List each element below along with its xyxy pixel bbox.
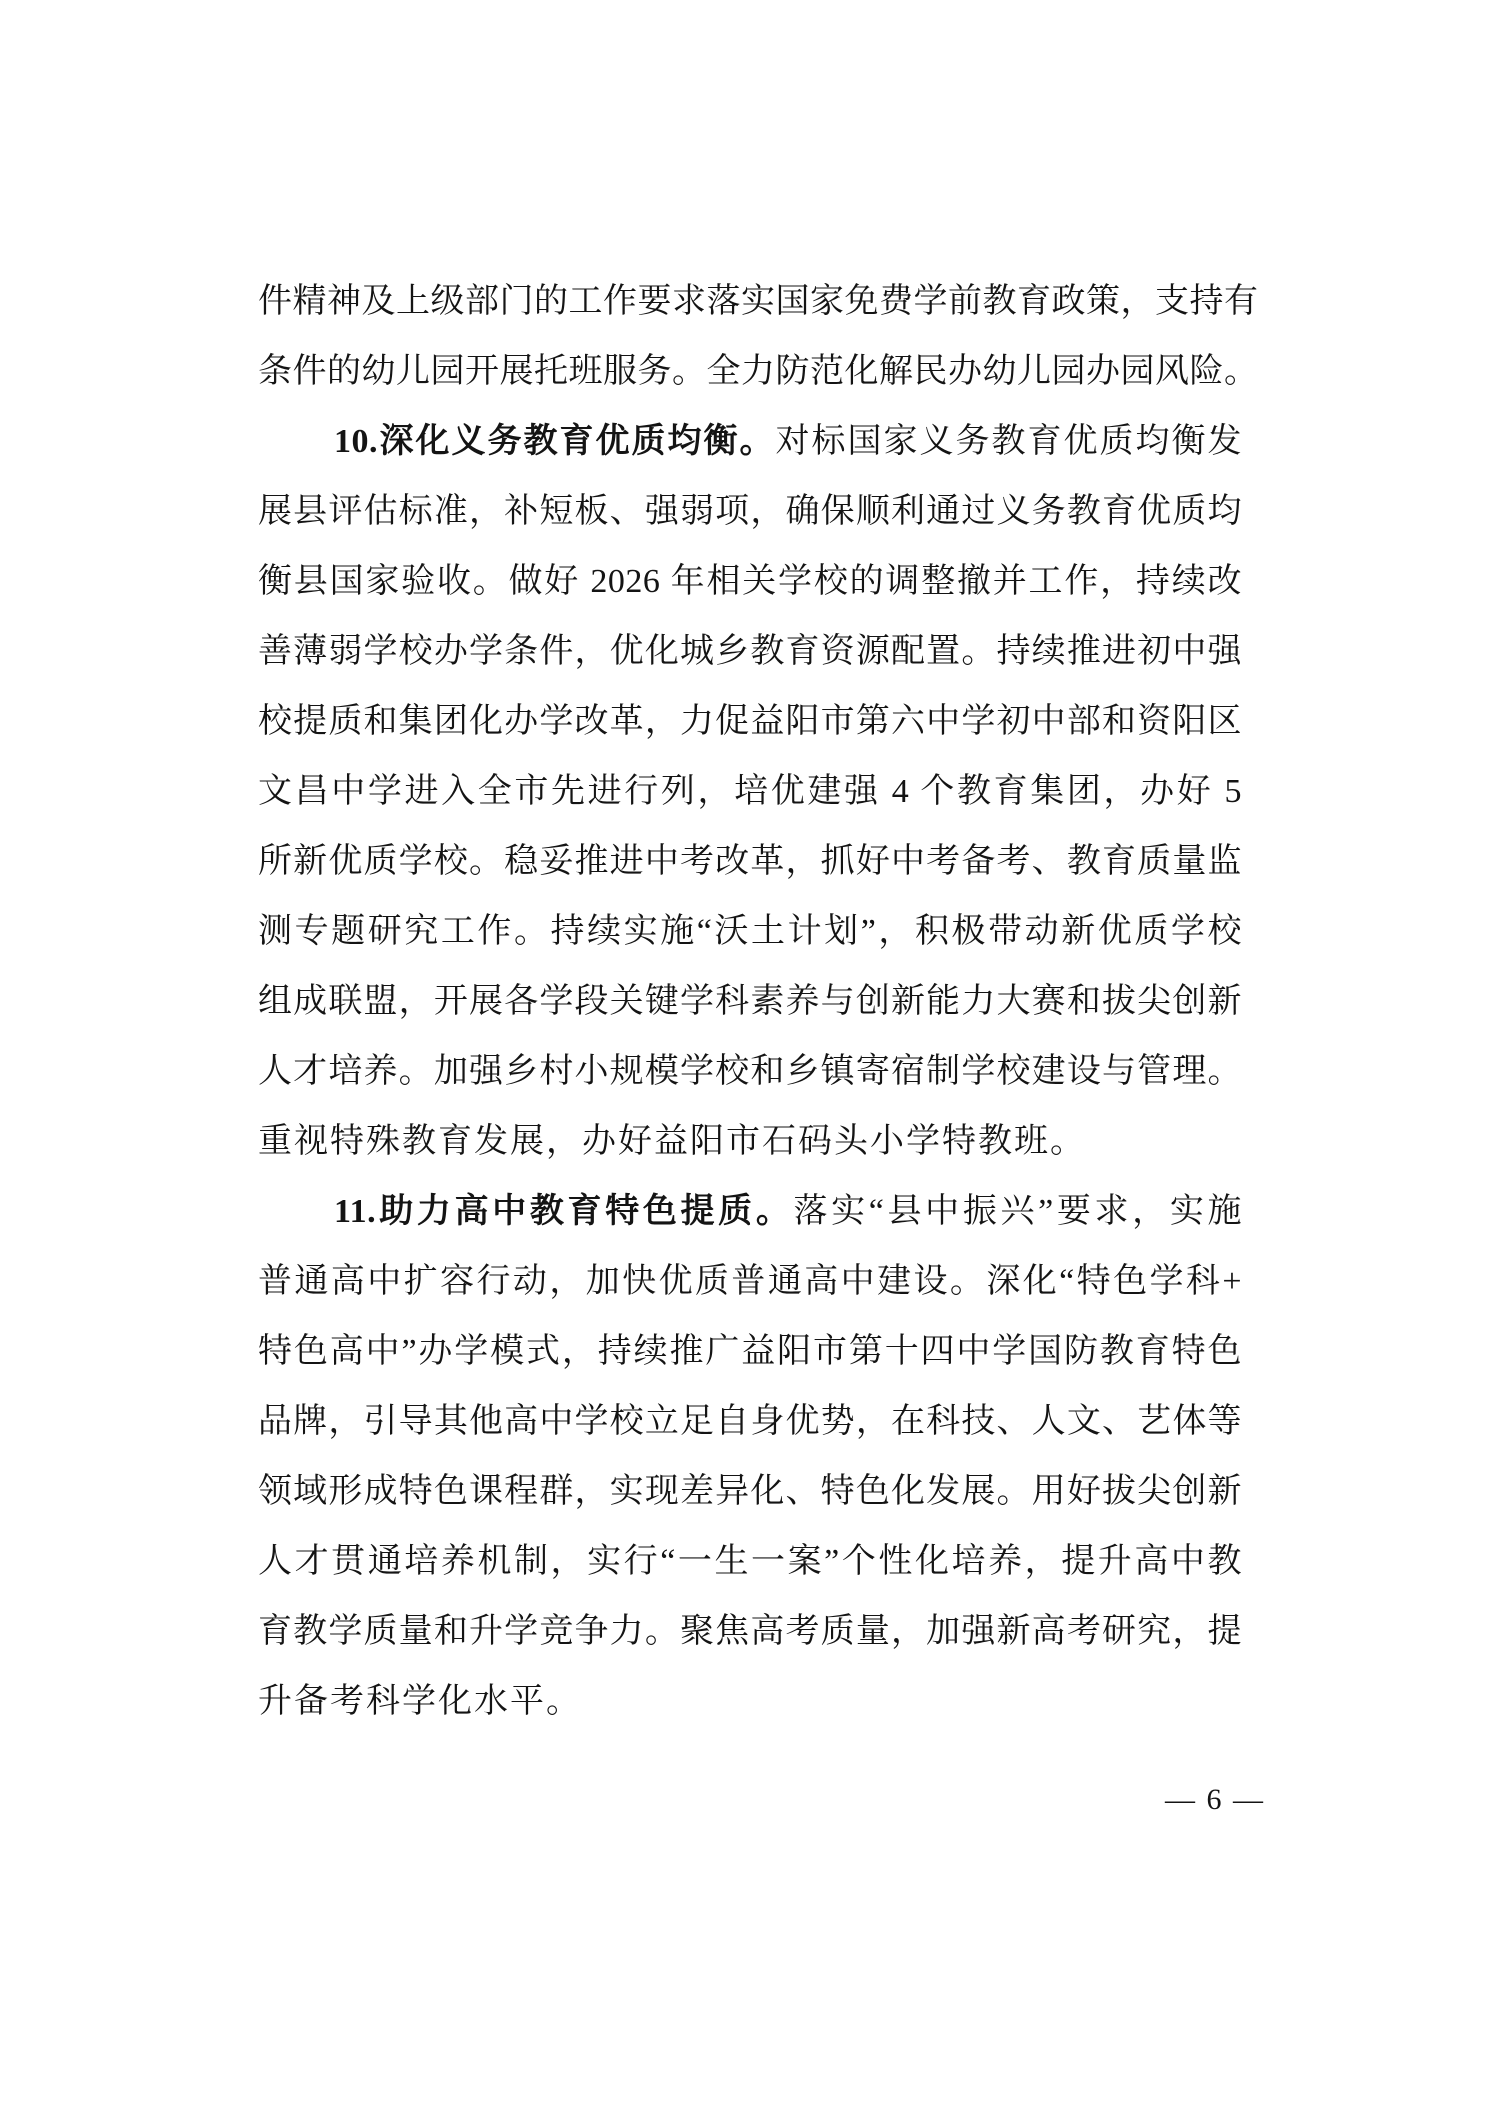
text-line: 文昌中学进入全市先进行列，培优建强 4 个教育集团，办好 5 xyxy=(258,757,1242,827)
text-line: 育教学质量和升学竞争力。聚焦高考质量，加强新高考研究，提 xyxy=(258,1597,1242,1667)
text-line: 条件的幼儿园开展托班服务。全力防范化解民办幼儿园办园风险。 xyxy=(258,337,1242,407)
line-text: 所新优质学校。稳妥推进中考改革，抓好中考备考、教育质量监 xyxy=(258,843,1242,880)
line-text: 普通高中扩容行动，加快优质普通高中建设。深化“特色学科+ xyxy=(258,1263,1242,1300)
text-line: 品牌，引导其他高中学校立足自身优势，在科技、人文、艺体等 xyxy=(258,1387,1242,1457)
text-line: 领域形成特色课程群，实现差异化、特色化发展。用好拔尖创新 xyxy=(258,1457,1242,1527)
line-text: 条件的幼儿园开展托班服务。全力防范化解民办幼儿园办园风险。 xyxy=(258,353,1259,390)
text-line: 人才培养。加强乡村小规模学校和乡镇寄宿制学校建设与管理。 xyxy=(258,1037,1242,1107)
text-line: 件精神及上级部门的工作要求落实国家免费学前教育政策，支持有 xyxy=(258,267,1242,337)
line-text: 测专题研究工作。持续实施“沃土计划”，积极带动新优质学校 xyxy=(258,913,1242,950)
line-text: 展县评估标准，补短板、强弱项，确保顺利通过义务教育优质均 xyxy=(258,493,1242,530)
text-line: 11.助力高中教育特色提质。落实“县中振兴”要求，实施 xyxy=(258,1177,1242,1247)
text-line: 特色高中”办学模式，持续推广益阳市第十四中学国防教育特色 xyxy=(258,1317,1242,1387)
document-page: 件精神及上级部门的工作要求落实国家免费学前教育政策，支持有条件的幼儿园开展托班服… xyxy=(0,0,1485,2101)
line-text: 品牌，引导其他高中学校立足自身优势，在科技、人文、艺体等 xyxy=(258,1403,1242,1440)
line-text: 文昌中学进入全市先进行列，培优建强 4 个教育集团，办好 5 xyxy=(258,773,1242,810)
line-text: 领域形成特色课程群，实现差异化、特色化发展。用好拔尖创新 xyxy=(258,1473,1242,1510)
text-line: 测专题研究工作。持续实施“沃土计划”，积极带动新优质学校 xyxy=(258,897,1242,967)
line-text: 人才贯通培养机制，实行“一生一案”个性化培养，提升高中教 xyxy=(258,1543,1242,1580)
line-text: 升备考科学化水平。 xyxy=(258,1683,582,1720)
text-line: 善薄弱学校办学条件，优化城乡教育资源配置。持续推进初中强 xyxy=(258,617,1242,687)
line-text: 育教学质量和升学竞争力。聚焦高考质量，加强新高考研究，提 xyxy=(258,1613,1242,1650)
line-text: 衡县国家验收。做好 2026 年相关学校的调整撤并工作，持续改 xyxy=(258,563,1242,600)
line-text: 件精神及上级部门的工作要求落实国家免费学前教育政策，支持有 xyxy=(258,283,1259,320)
line-text: 人才培养。加强乡村小规模学校和乡镇寄宿制学校建设与管理。 xyxy=(258,1053,1242,1090)
text-line: 组成联盟，开展各学段关键学科素养与创新能力大赛和拔尖创新 xyxy=(258,967,1242,1037)
line-text: 善薄弱学校办学条件，优化城乡教育资源配置。持续推进初中强 xyxy=(258,633,1242,670)
page-number: — 6 — xyxy=(1105,1778,1325,1822)
line-text: 对标国家义务教育优质均衡发 xyxy=(776,423,1243,460)
line-text: 特色高中”办学模式，持续推广益阳市第十四中学国防教育特色 xyxy=(258,1333,1242,1370)
paragraph-number-bold-text: 11.助力高中教育特色提质。 xyxy=(334,1193,793,1230)
line-text: 校提质和集团化办学改革，力促益阳市第六中学初中部和资阳区 xyxy=(258,703,1242,740)
line-text: 组成联盟，开展各学段关键学科素养与创新能力大赛和拔尖创新 xyxy=(258,983,1242,1020)
text-line: 展县评估标准，补短板、强弱项，确保顺利通过义务教育优质均 xyxy=(258,477,1242,547)
document-body-text: 件精神及上级部门的工作要求落实国家免费学前教育政策，支持有条件的幼儿园开展托班服… xyxy=(258,267,1242,1737)
text-line: 升备考科学化水平。 xyxy=(258,1667,1242,1737)
text-line: 衡县国家验收。做好 2026 年相关学校的调整撤并工作，持续改 xyxy=(258,547,1242,617)
text-line: 人才贯通培养机制，实行“一生一案”个性化培养，提升高中教 xyxy=(258,1527,1242,1597)
paragraph-number-bold-text: 10.深化义务教育优质均衡。 xyxy=(334,423,776,460)
text-line: 普通高中扩容行动，加快优质普通高中建设。深化“特色学科+ xyxy=(258,1247,1242,1317)
text-line: 所新优质学校。稳妥推进中考改革，抓好中考备考、教育质量监 xyxy=(258,827,1242,897)
text-line: 校提质和集团化办学改革，力促益阳市第六中学初中部和资阳区 xyxy=(258,687,1242,757)
text-line: 10.深化义务教育优质均衡。对标国家义务教育优质均衡发 xyxy=(258,407,1242,477)
text-line: 重视特殊教育发展，办好益阳市石码头小学特教班。 xyxy=(258,1107,1242,1177)
line-text: 落实“县中振兴”要求，实施 xyxy=(793,1193,1242,1230)
line-text: 重视特殊教育发展，办好益阳市石码头小学特教班。 xyxy=(258,1123,1086,1160)
